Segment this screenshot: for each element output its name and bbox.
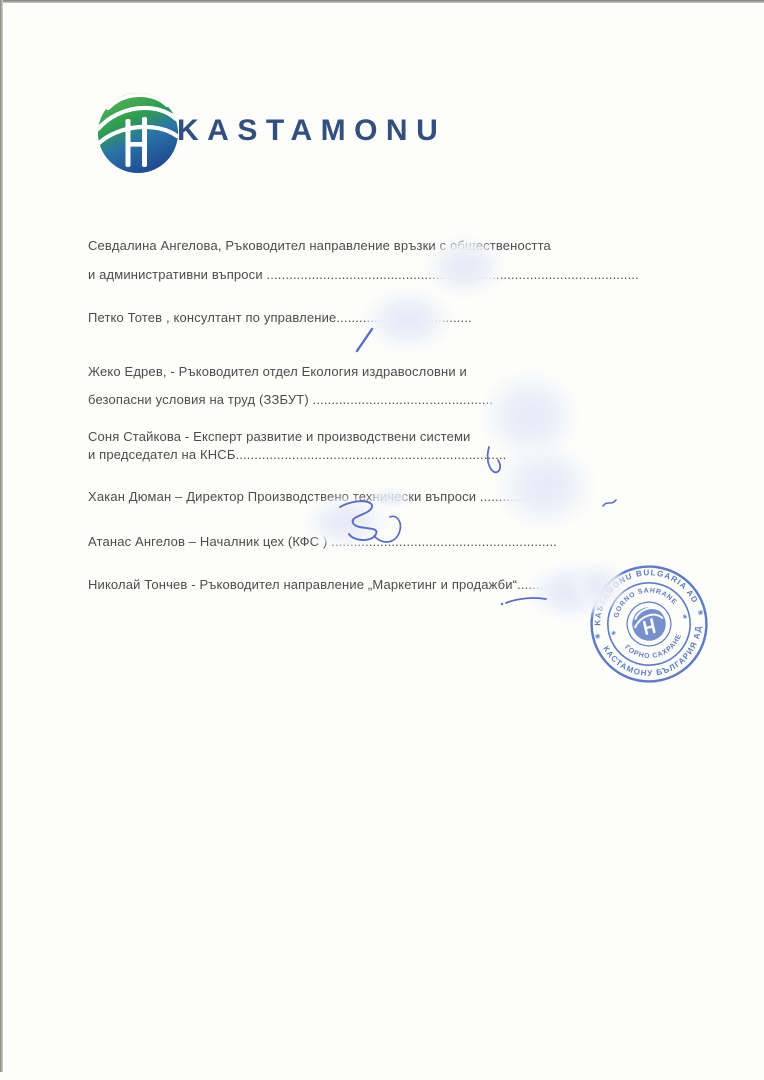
scan-edge-top	[0, 0, 764, 3]
stamp-separator-icon: ✳	[610, 630, 617, 638]
stamp-separator-icon: ✳	[682, 613, 689, 621]
signature-smudge	[424, 236, 506, 298]
signature-smudge	[570, 560, 628, 612]
signatory-line-6: Соня Стайкова - Експерт развитие и произ…	[88, 429, 470, 445]
scan-edge-left	[0, 0, 3, 1072]
signatory-line-8: Хакан Дюман – Директор Производствено те…	[88, 489, 529, 505]
signatory-line-5: безопасни условия на труд (ЗЗБУТ) ......…	[88, 392, 492, 408]
signature-smudge	[368, 488, 412, 508]
signature-smudge	[494, 442, 596, 530]
stamp-globe-icon	[629, 604, 669, 644]
scanned-document-page: KASTAMONU Севдалина Ангелова, Ръководите…	[0, 0, 764, 1080]
stamp-separator-icon: ✳	[594, 632, 602, 641]
signatory-line-4: Жеко Едрев, - Ръководител отдел Екология…	[88, 364, 467, 380]
signature-smudge	[362, 288, 454, 352]
pen-mark-dot	[501, 603, 503, 605]
logo-wordmark: KASTAMONU	[177, 114, 446, 148]
signatory-line-2: и административни въпроси ..............…	[88, 267, 640, 283]
pen-mark-tilde	[603, 500, 616, 506]
signatory-line-10: Николай Тончев - Ръководител направление…	[88, 577, 544, 593]
signatory-line-7: и председател на КНСБ...................…	[88, 447, 507, 463]
kastamonu-globe-icon	[96, 86, 180, 178]
